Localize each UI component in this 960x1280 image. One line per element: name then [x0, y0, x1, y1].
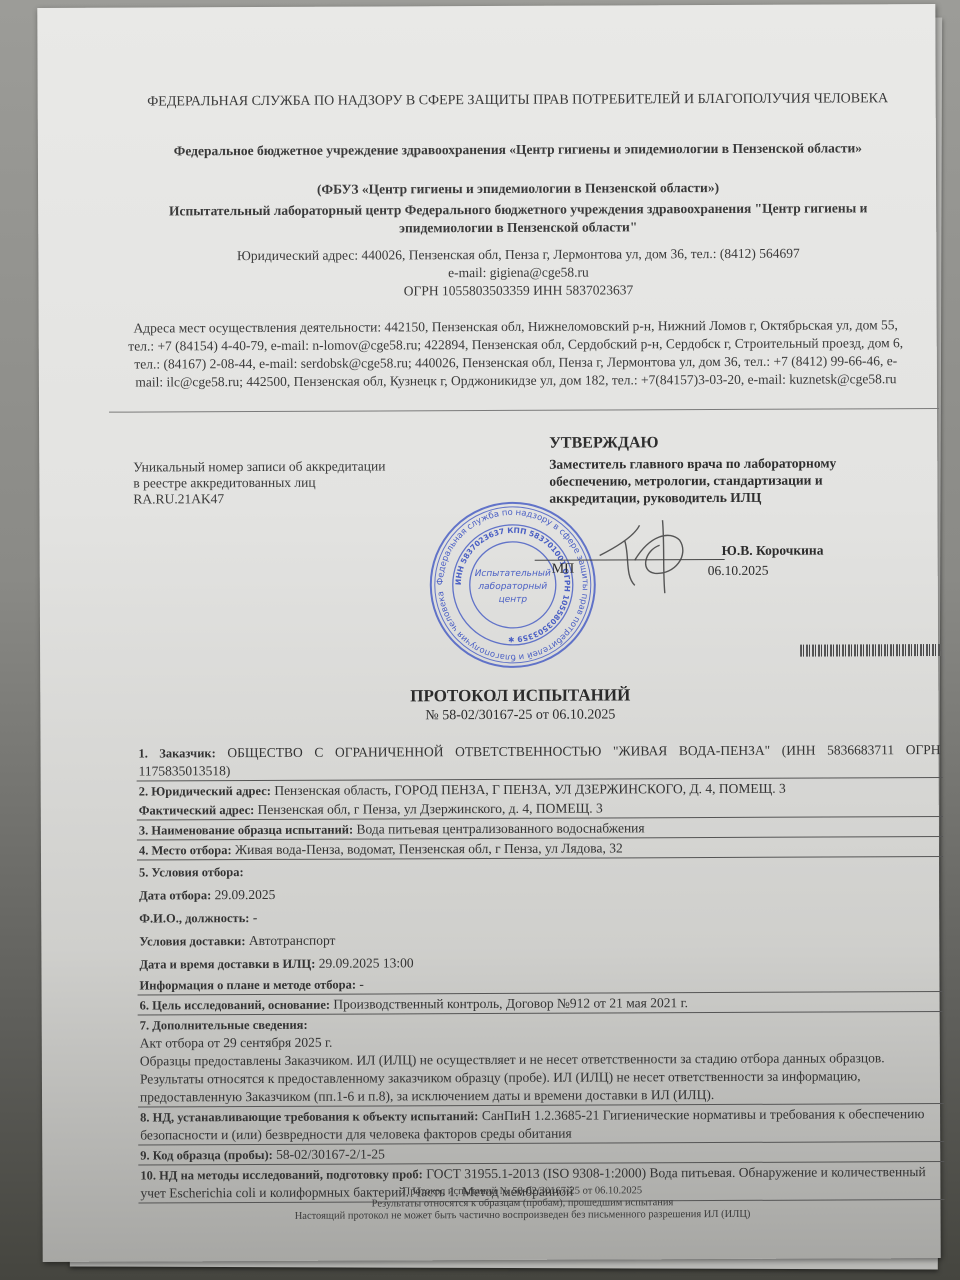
purpose-label: 6. Цель исследований, основание:	[140, 998, 330, 1013]
institution-name: Федеральное бюджетное учреждение здравоо…	[138, 139, 898, 160]
agency-name: ФЕДЕРАЛЬНАЯ СЛУЖБА ПО НАДЗОРУ В СФЕРЕ ЗА…	[138, 90, 898, 111]
plan-label: Информация о плане и методе отбора:	[140, 978, 357, 993]
signature-icon	[594, 515, 704, 595]
stamp-icon: Федеральная служба по надзору в сфере за…	[427, 500, 598, 671]
delivery-datetime-value: 29.09.2025 13:00	[319, 955, 414, 970]
sample-code-label: 9. Код образца (пробы):	[140, 1148, 273, 1163]
customer-label: 1. Заказчик:	[138, 746, 215, 760]
protocol-title: ПРОТОКОЛ ИСПЫТАНИЙ	[140, 684, 900, 707]
branch-addresses: Адреса мест осуществления деятельности: …	[121, 316, 911, 391]
delivery-value: Автотранспорт	[249, 933, 336, 948]
fio-value: -	[253, 910, 258, 925]
sampling-date-label: Дата отбора:	[139, 888, 211, 902]
approver-position: Заместитель главного врача по лабораторн…	[549, 454, 909, 507]
delivery-datetime-label: Дата и время доставки в ИЛЦ:	[139, 957, 315, 972]
svg-text:центр: центр	[499, 595, 528, 605]
purpose-value: Производственный контроль, Договор №912 …	[333, 995, 688, 1012]
svg-text:Испытательный: Испытательный	[475, 569, 551, 579]
legal-address: Юридический адрес: 440026, Пензенская об…	[138, 244, 898, 265]
nd-methods-label: 10. НД на методы исследований, подготовк…	[140, 1167, 423, 1182]
accreditation-number: RA.RU.21AK47	[133, 490, 453, 507]
extra-line2: Образцы предоставлены Заказчиком. ИЛ (ИЛ…	[140, 1049, 942, 1106]
sample-code-value: 58-02/30167-2/1-25	[276, 1146, 385, 1161]
field-extra: 7. Дополнительные сведения: Акт отбора о…	[138, 1012, 944, 1108]
seal-mark: МП	[552, 562, 575, 578]
sample-name-label: 3. Наименование образца испытаний:	[139, 823, 353, 838]
sampling-place-value: Живая вода-Пенза, водомат, Пензенская об…	[235, 840, 623, 857]
sample-name-value: Вода питьевая централизованного водоснаб…	[356, 820, 644, 836]
field-customer: 1. Заказчик: ОБЩЕСТВО С ОГРАНИЧЕННОЙ ОТВ…	[136, 740, 942, 782]
fio-label: Ф.И.О., должность:	[139, 911, 249, 925]
document-page: ФЕДЕРАЛЬНАЯ СЛУЖБА ПО НАДЗОРУ В СФЕРЕ ЗА…	[37, 4, 940, 1262]
lab-center-name: Испытательный лабораторный центр Федерал…	[138, 199, 898, 238]
barcode-icon	[800, 644, 940, 657]
delivery-label: Условия доставки:	[139, 934, 245, 948]
sampling-place-label: 4. Место отбора:	[139, 843, 232, 857]
plan-value: -	[359, 977, 364, 992]
legal-address-value: Пензенская область, ГОРОД ПЕНЗА, Г ПЕНЗА…	[274, 781, 786, 798]
institution-short-name: (ФБУЗ «Центр гигиены и эпидемиологии в П…	[138, 178, 898, 199]
legal-address-block: Юридический адрес: 440026, Пензенская об…	[138, 244, 898, 301]
actual-address-label: Фактический адрес:	[139, 803, 255, 818]
legal-address-label: 2. Юридический адрес:	[139, 784, 271, 799]
accreditation-line2: в реестре аккредитованных лиц	[133, 474, 453, 491]
customer-value: ОБЩЕСТВО С ОГРАНИЧЕННОЙ ОТВЕТСТВЕННОСТЬЮ…	[139, 742, 941, 778]
header-divider	[109, 408, 939, 413]
approval-date: 06.10.2025	[708, 563, 769, 579]
protocol-form: 1. Заказчик: ОБЩЕСТВО С ОГРАНИЧЕННОЙ ОТВ…	[136, 740, 944, 1204]
approval-block: УТВЕРЖДАЮ Заместитель главного врача по …	[549, 432, 909, 507]
conditions-label: 5. Условия отбора:	[139, 865, 244, 879]
accreditation-line1: Уникальный номер записи об аккредитации	[133, 458, 453, 475]
ogrn-inn: ОГРН 1055803503359 ИНН 5837023637	[138, 280, 898, 301]
approval-title: УТВЕРЖДАЮ	[549, 432, 909, 454]
footer-line3: Настоящий протокол не может быть частичн…	[143, 1208, 903, 1223]
protocol-number: № 58-02/30167-25 от 06.10.2025	[140, 706, 900, 725]
page-footer: Протокол испытаний № 58-02/30167-25 от 0…	[142, 1184, 902, 1223]
field-nd-requirements: 8. НД, устанавливающие требования к объе…	[138, 1104, 944, 1146]
accreditation-block: Уникальный номер записи об аккредитации …	[133, 458, 453, 507]
sampling-date-value: 29.09.2025	[215, 887, 276, 902]
actual-address-value: Пензенская обл, г Пенза, ул Дзержинского…	[258, 801, 603, 818]
svg-text:лабораторный: лабораторный	[477, 582, 547, 592]
approver-name: Ю.В. Корочкина	[722, 543, 824, 559]
nd-requirements-label: 8. НД, устанавливающие требования к объе…	[140, 1109, 478, 1124]
